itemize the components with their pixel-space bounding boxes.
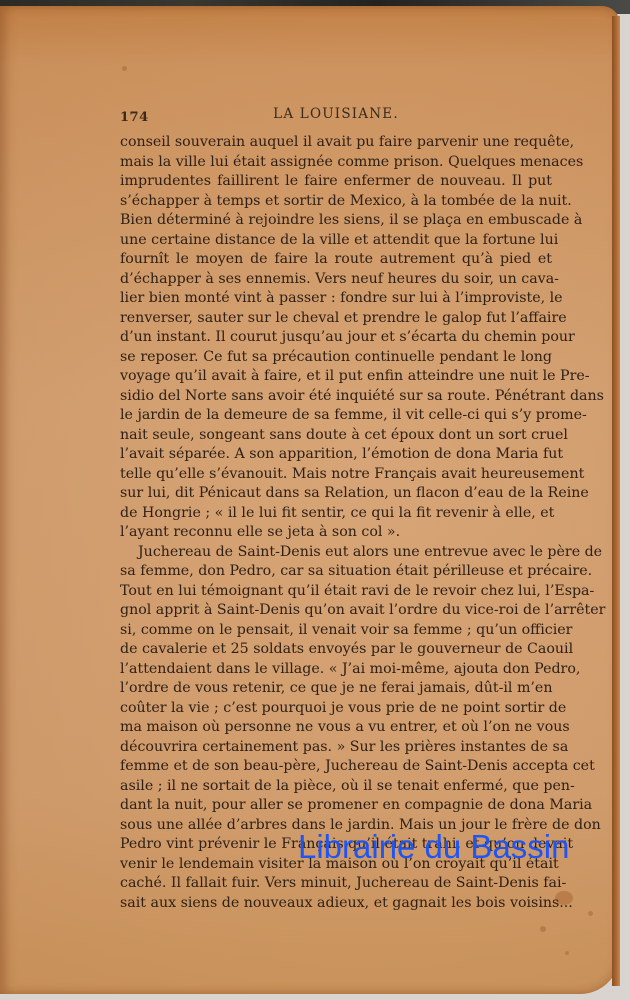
foxing-stain [565, 951, 569, 955]
text-line: fournît le moyen de faire la route autre… [120, 250, 552, 270]
text-line: une certaine distance de la ville et att… [120, 231, 552, 251]
text-line: sur lui, dit Pénicaut dans sa Relation, … [120, 484, 552, 504]
text-line: l’ordre de vous retenir, ce que je ne fe… [120, 679, 552, 699]
text-line: sait aux siens de nouveaux adieux, et ga… [120, 894, 552, 914]
text-line: Juchereau de Saint-Denis eut alors une e… [120, 543, 552, 563]
text-line: découvrira certainement pas. » Sur les p… [120, 738, 552, 758]
text-line: mais la ville lui était assignée comme p… [120, 153, 552, 173]
text-line: l’ayant reconnu elle se jeta à son col »… [120, 523, 552, 543]
text-line: de cavalerie et 25 soldats envoyés par l… [120, 640, 552, 660]
text-line: se reposer. Ce fut sa précaution continu… [120, 348, 552, 368]
body-text: conseil souverain auquel il avait pu fai… [120, 133, 552, 913]
text-line: voyage qu’il avait à faire, et il put en… [120, 367, 552, 387]
text-line: caché. Il fallait fuir. Vers minuit, Juc… [120, 874, 552, 894]
text-line: renverser, sauter sur le cheval et prend… [120, 309, 552, 329]
text-line: femme et de son beau-père, Juchereau de … [120, 757, 552, 777]
text-line: sidio del Norte sans avoir été inquiété … [120, 387, 552, 407]
foxing-stain [540, 926, 546, 932]
text-line: l’avait séparée. A son apparition, l’émo… [120, 445, 552, 465]
foxing-stain [122, 66, 127, 71]
text-line: imprudentes faillirent le faire enfermer… [120, 172, 552, 192]
text-line: dant la nuit, pour aller se promener en … [120, 796, 552, 816]
foxing-stain [588, 911, 593, 916]
page-edge [612, 16, 620, 986]
text-line: d’échapper à ses ennemis. Vers neuf heur… [120, 270, 552, 290]
text-line: ma maison où personne ne vous a vu entre… [120, 718, 552, 738]
text-line: le jardin de la demeure de sa femme, il … [120, 406, 552, 426]
running-head: LA LOUISIANE. [120, 106, 552, 122]
text-line: conseil souverain auquel il avait pu fai… [120, 133, 552, 153]
text-line: nait seule, songeant sans doute à cet ép… [120, 426, 552, 446]
watermark: Librairie du Bassin [298, 828, 569, 866]
text-line: si, comme on le pensait, il venait voir … [120, 621, 552, 641]
text-line: s’échapper à temps et sortir de Mexico, … [120, 192, 552, 212]
text-line: de Hongrie ; « il le lui fit sentir, ce … [120, 504, 552, 524]
text-line: lier bien monté vint à passer : fondre s… [120, 289, 552, 309]
text-line: telle qu’elle s’évanouit. Mais notre Fra… [120, 465, 552, 485]
text-line: Bien déterminé à rejoindre les siens, il… [120, 211, 552, 231]
text-line: d’un instant. Il courut jusqu’au jour et… [120, 328, 552, 348]
text-line: coûter la vie ; c’est pourquoi je vous p… [120, 699, 552, 719]
text-line: gnol apprit à Saint-Denis qu’on avait l’… [120, 601, 552, 621]
text-line: asile ; il ne sortait de la pièce, où il… [120, 777, 552, 797]
text-line: l’attendaient dans le village. « J’ai mo… [120, 660, 552, 680]
text-line: sa femme, don Pedro, car sa situation ét… [120, 562, 552, 582]
text-line: Tout en lui témoignant qu’il était ravi … [120, 582, 552, 602]
page-header: 174 LA LOUISIANE. [120, 106, 552, 126]
